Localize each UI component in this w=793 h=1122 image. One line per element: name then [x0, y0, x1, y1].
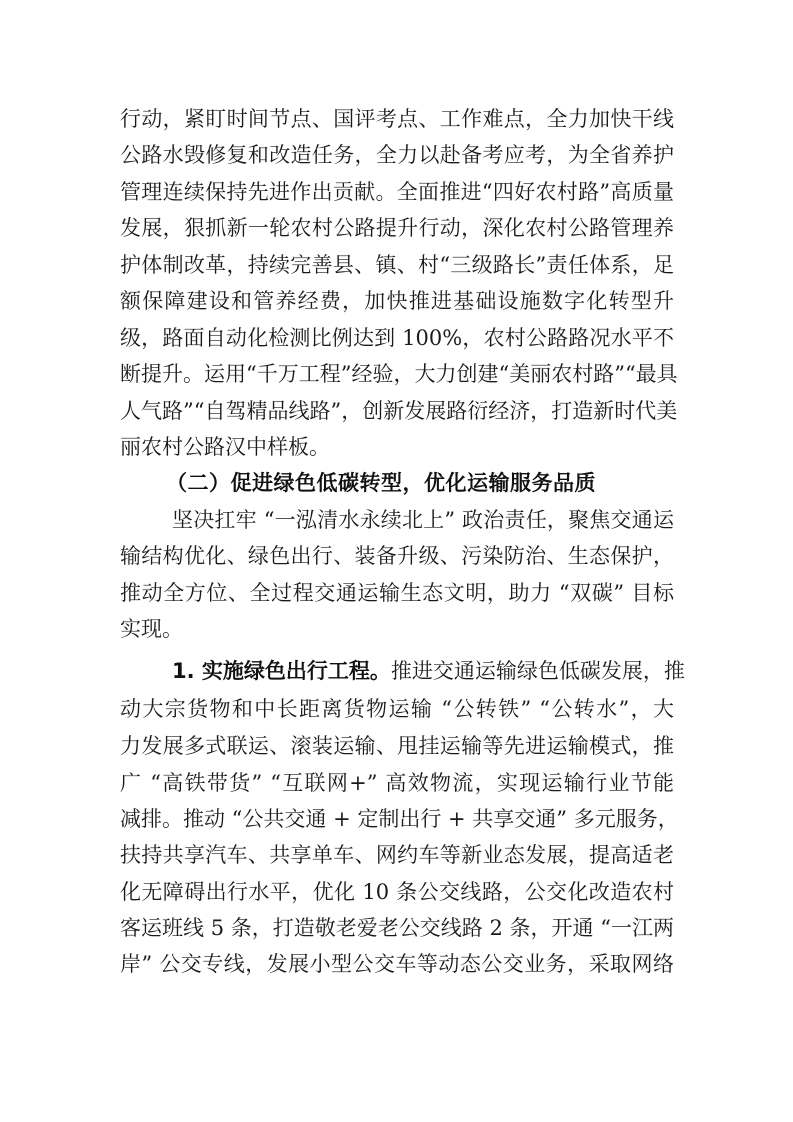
text-line: 推动全方位、全过程交通运输生态文明，助力 “双碳” 目标 [120, 580, 674, 606]
text-line: 广 “高铁带货” “互联网+” 高效物流，实现运输行业节能 [120, 770, 674, 796]
text-line: 断提升。运用“千万工程”经验，大力创建“美丽农村路”“最具 [120, 361, 674, 387]
text-line: 额保障建设和管养经费，加快推进基础设施数字化转型升 [120, 288, 674, 314]
text-line: 化无障碍出行水平，优化 10 条公交线路，公交化改造农村 [120, 879, 674, 905]
text-line: 人气路”“自驾精品线路”，创新发展路衍经济，打造新时代美 [120, 398, 674, 424]
text-line: 输结构优化、绿色出行、装备升级、污染防治、生态保护， [120, 543, 674, 569]
text-line: 丽农村公路汉中样板。 [120, 434, 674, 460]
text-line: 发展，狠抓新一轮农村公路提升行动，深化农村公路管理养 [120, 215, 674, 241]
section-heading: （二）促进绿色低碳转型，优化运输服务品质 [166, 470, 596, 496]
text-line: 减排。推动 “公共交通 + 定制出行 + 共享交通” 多元服务， [120, 806, 674, 832]
text-run: 推进交通运输绿色低碳发展，推 [391, 659, 685, 683]
subsection-lead: 1. 实施绿色出行工程。 [172, 659, 391, 683]
text-line: 级，路面自动化检测比例达到 100%，农村公路路况水平不 [120, 325, 674, 351]
text-line: 行动，紧盯时间节点、国评考点、工作难点，全力加快干线 [120, 106, 674, 132]
text-line: 管理连续保持先进作出贡献。全面推进“四好农村路”高质量 [120, 179, 674, 205]
text-line: 客运班线 5 条，打造敬老爱老公交线路 2 条，开通 “一江两 [120, 915, 674, 941]
text-line: 实现。 [120, 616, 674, 642]
text-line: 护体制改革，持续完善县、镇、村“三级路长”责任体系，足 [120, 252, 674, 278]
text-line: 力发展多式联运、滚装运输、甩挂运输等先进运输模式，推 [120, 733, 674, 759]
text-line: 动大宗货物和中长距离货物运输 “公转铁” “公转水”，大 [120, 696, 674, 722]
document-page: 行动，紧盯时间节点、国评考点、工作难点，全力加快干线 公路水毁修复和改造任务，全… [0, 0, 793, 1122]
text-line: 公路水毁修复和改造任务，全力以赴备考应考，为全省养护 [120, 142, 674, 168]
text-line: 扶持共享汽车、共享单车、网约车等新业态发展，提高适老 [120, 842, 674, 868]
text-line: 1. 实施绿色出行工程。推进交通运输绿色低碳发展，推 [172, 658, 674, 684]
text-line: 岸” 公交专线，发展小型公交车等动态公交业务，采取网络 [120, 951, 674, 977]
text-line: 坚决扛牢 “一泓清水永续北上” 政治责任，聚焦交通运 [172, 507, 674, 533]
